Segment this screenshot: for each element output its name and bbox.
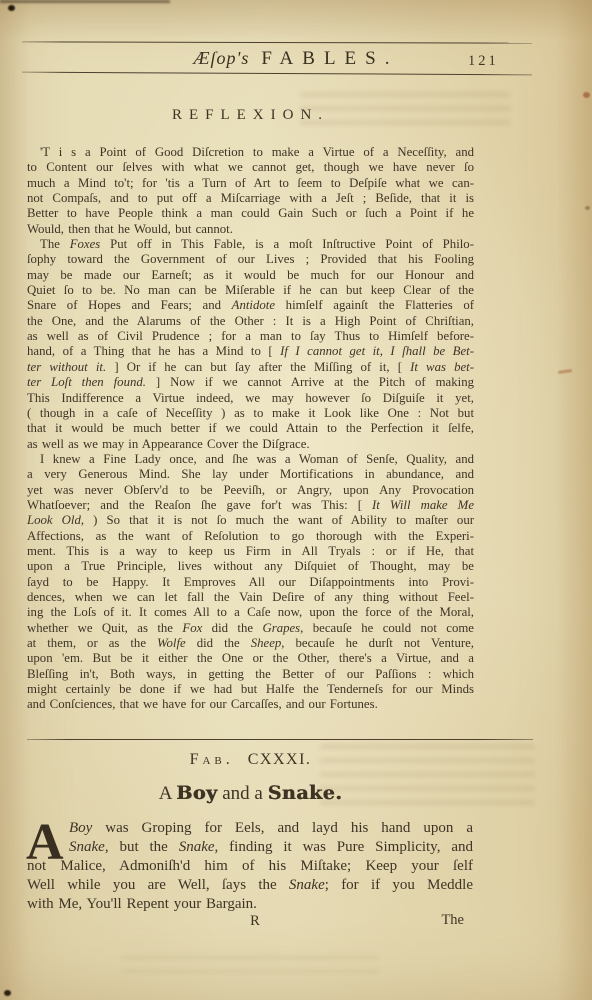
text-line: ( though in a caſe of Neceſſity ) as to … [27, 406, 474, 421]
text-line: Snake, but the Snake, finding it was Pur… [69, 838, 473, 857]
text-line: as well as of Civil Prudence ; for a man… [27, 329, 474, 344]
text-line: to Content our ſelves with what we canno… [27, 160, 474, 175]
page-number: 121 [468, 53, 499, 70]
section-divider-rule [27, 739, 533, 740]
header-rule-bottom [22, 72, 532, 76]
text-line: dences, when we can let fall the Vain De… [27, 590, 474, 605]
header-rule-top [22, 41, 532, 44]
text-line: Well while you are Well, ſays the Snake;… [27, 876, 473, 895]
text-line: Boy was Groping for Eels, and layd his h… [69, 819, 473, 838]
reflexion-heading: REFLEXION. [27, 107, 474, 124]
text-line: ter without it. ] Or if he can but ſay a… [27, 360, 474, 375]
ink-speck [4, 990, 11, 996]
fable-title-prefix: A [159, 783, 176, 804]
text-line: Affections, as the want of Reſolution to… [27, 529, 474, 544]
text-line: much a Mind to't; for 'tis a Turn of Art… [27, 176, 474, 191]
text-line: the One, and the Alarums of the Other : … [27, 314, 474, 329]
text-line: not Compaſs, and to put off a Miſcarriag… [27, 191, 474, 206]
fable-number-heading: Fab.CXXXI. [27, 751, 474, 769]
text-line: might certainly be done if we had but Ha… [27, 682, 474, 697]
book-title-italic: Æſop's [194, 48, 250, 68]
text-line: Better to have People think a man could … [27, 206, 474, 221]
text-line: ing the Loſs of it. It comes All to a Ca… [27, 605, 474, 620]
text-line: that it would be much better if we could… [27, 421, 474, 436]
red-stain [583, 92, 590, 98]
show-through-ghost [120, 955, 380, 973]
text-line: at them, or as the Wolfe did the Sheep, … [27, 636, 474, 651]
fable-roman-numeral: CXXXI. [248, 751, 312, 768]
text-line: as well as we may in Appearance Cover th… [27, 437, 474, 452]
ink-speck [8, 5, 15, 11]
text-line: Look Old, ) So that it is not ſo much th… [27, 513, 474, 528]
text-line: Snare of Hopes and Fears; and Antidote h… [27, 298, 474, 313]
text-line: 'T i s a Point of Good Diſcretion to mak… [27, 145, 474, 160]
fable-title-mid: and a [217, 783, 267, 804]
catchword: The [430, 912, 464, 929]
text-line: yet was never Obſerv'd to be Peeviſh, or… [27, 483, 474, 498]
fable-title: A Boy and a Snake. [27, 782, 474, 805]
book-title-caps: FABLES. [261, 48, 398, 69]
text-line: hand, of a Thing that he has a Mind to [… [27, 344, 474, 359]
fable-title-word-snake: Snake. [268, 782, 343, 804]
fable-title-word-boy: Boy [176, 782, 217, 804]
text-line: a very Generous Mind. She lay under Mort… [27, 467, 474, 482]
running-head: Æſop'sFABLES. [0, 48, 592, 70]
ink-speck [585, 206, 590, 210]
text-line: ſophy toward the Government of our Lives… [27, 252, 474, 267]
text-line: may be made our Earneſt; as it would be … [27, 268, 474, 283]
text-line: Bleſſing in't, Both ways, in getting the… [27, 667, 474, 682]
signature-mark: R [240, 913, 270, 930]
text-line: Would, then that he Would, but cannot. [27, 222, 474, 237]
reflexion-text: 'T i s a Point of Good Diſcretion to mak… [27, 145, 474, 713]
text-line: not Malice, Admoniſh'd him of his Miſtak… [27, 857, 473, 876]
text-line: upon a True Principle, lives without any… [27, 559, 474, 574]
red-stain [558, 369, 572, 374]
top-edge-shadow [0, 0, 170, 3]
text-line: ter Loſt then found. ] Now if we cannot … [27, 375, 474, 390]
text-line: and Conſciences, that we have for our Ca… [27, 697, 474, 712]
text-line: Whatſoever; and the Reaſon ſhe gave for'… [27, 498, 474, 513]
text-line: whether we Quit, as the Fox did the Grap… [27, 621, 474, 636]
fable-label: Fab. [190, 751, 234, 768]
text-line: I knew a Fine Lady once, and ſhe was a W… [27, 452, 474, 467]
text-line: upon 'em. But be it either the One or th… [27, 651, 474, 666]
text-line: Quiet ſo to be. No man can be Miſerable … [27, 283, 474, 298]
text-line: The Foxes Put off in This Fable, is a mo… [27, 237, 474, 252]
text-line: This Indifference a Virtue indeed, we ma… [27, 391, 474, 406]
book-page-scan: Æſop'sFABLES. 121 REFLEXION. 'T i s a Po… [0, 0, 592, 1000]
fable-text: Boy was Groping for Eels, and layd his h… [27, 819, 473, 914]
text-line: ſayd to be Happy. It Emproves All our Di… [27, 575, 474, 590]
text-line: with Me, You'll Repent your Bargain. [27, 895, 473, 914]
text-line: ment. This is a way to keep us Firm in A… [27, 544, 474, 559]
